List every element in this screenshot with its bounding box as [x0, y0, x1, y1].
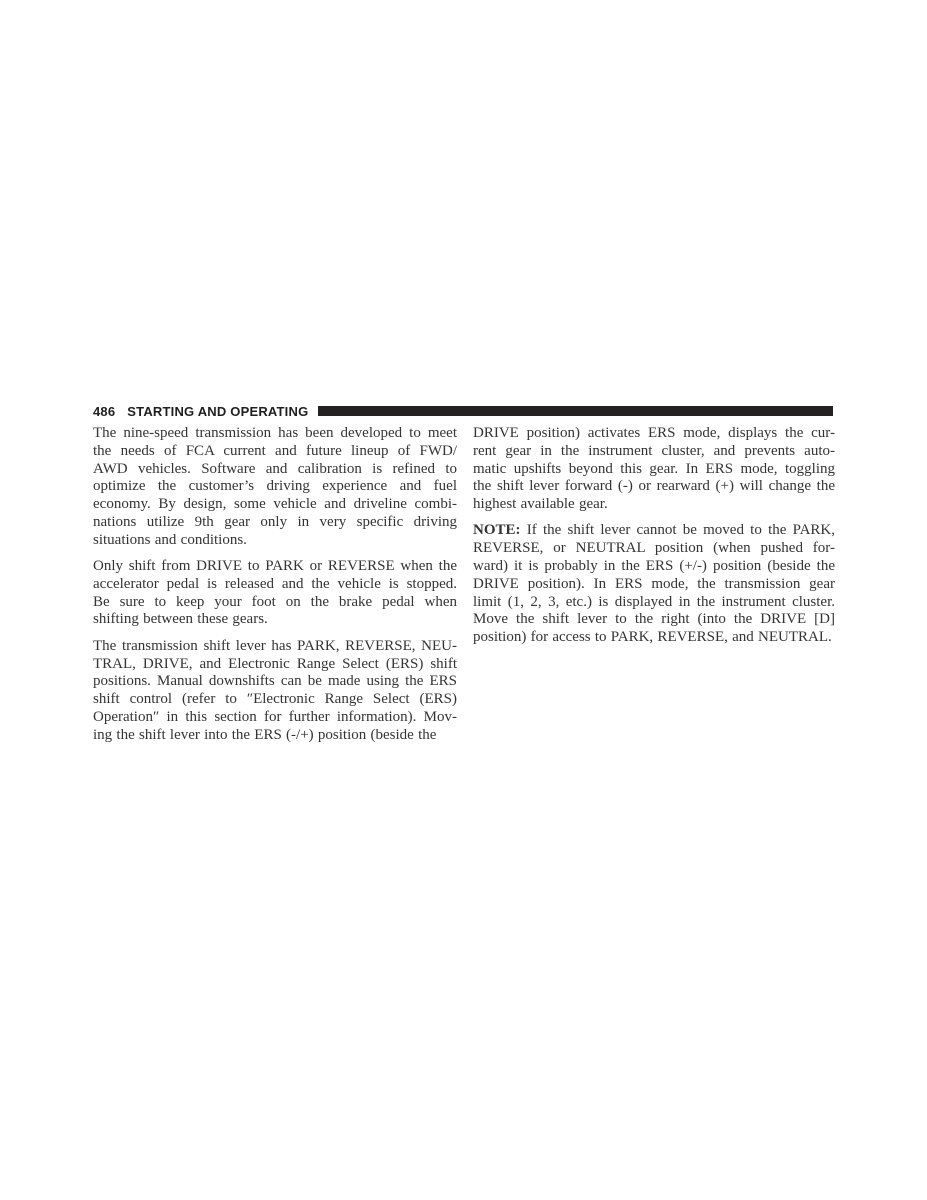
text-line: nations utilize 9th gear only in very sp…: [93, 514, 457, 532]
paragraph: DRIVE position) activates ERS mode, disp…: [473, 425, 835, 514]
text-line: shift control (refer to ″Electronic Rang…: [93, 691, 457, 709]
text-line: Be sure to keep your foot on the brake p…: [93, 594, 457, 612]
paragraph: The nine-speed transmission has been dev…: [93, 425, 457, 550]
text-line: The transmission shift lever has PARK, R…: [93, 638, 457, 656]
text-line: AWD vehicles. Software and calibration i…: [93, 461, 457, 479]
text-line: DRIVE position). In ERS mode, the transm…: [473, 576, 835, 594]
text-line: highest available gear.: [473, 496, 835, 514]
note-label: NOTE:: [473, 522, 521, 538]
text-line: NOTE: If the shift lever cannot be moved…: [473, 522, 835, 540]
text-line: accelerator pedal is released and the ve…: [93, 576, 457, 594]
text-line: REVERSE, or NEUTRAL position (when pushe…: [473, 540, 835, 558]
text-line: matic upshifts beyond this gear. In ERS …: [473, 461, 835, 479]
page-header: 486 STARTING AND OPERATING: [93, 403, 833, 419]
text-line: ing the shift lever into the ERS (-/+) p…: [93, 727, 457, 745]
text-line: the shift lever forward (-) or rearward …: [473, 478, 835, 496]
text-line: DRIVE position) activates ERS mode, disp…: [473, 425, 835, 443]
text-line: economy. By design, some vehicle and dri…: [93, 496, 457, 514]
text-line: optimize the customer’s driving experien…: [93, 478, 457, 496]
page-number: 486: [93, 404, 115, 419]
text-line: position) for access to PARK, REVERSE, a…: [473, 629, 835, 647]
text-line: shifting between these gears.: [93, 611, 457, 629]
header-rule-bar: [318, 406, 833, 416]
column-right: DRIVE position) activates ERS mode, disp…: [473, 425, 835, 745]
column-left: The nine-speed transmission has been dev…: [93, 425, 457, 745]
section-title: STARTING AND OPERATING: [127, 404, 308, 419]
text-line: limit (1, 2, 3, etc.) is displayed in th…: [473, 594, 835, 612]
paragraph: Only shift from DRIVE to PARK or REVERSE…: [93, 558, 457, 629]
text-line: ward) it is probably in the ERS (+/-) po…: [473, 558, 835, 576]
text-line: TRAL, DRIVE, and Electronic Range Select…: [93, 656, 457, 674]
text-line: rent gear in the instrument cluster, and…: [473, 443, 835, 461]
text-line: The nine-speed transmission has been dev…: [93, 425, 457, 443]
text-line: Only shift from DRIVE to PARK or REVERSE…: [93, 558, 457, 576]
paragraph: The transmission shift lever has PARK, R…: [93, 638, 457, 745]
text-line: the needs of FCA current and future line…: [93, 443, 457, 461]
text-line: Move the shift lever to the right (into …: [473, 611, 835, 629]
manual-page: 486 STARTING AND OPERATING The nine-spee…: [0, 0, 927, 1200]
text-line: Operation″ in this section for further i…: [93, 709, 457, 727]
paragraph: NOTE: If the shift lever cannot be moved…: [473, 522, 835, 647]
body-text: The nine-speed transmission has been dev…: [93, 425, 835, 745]
text-line: situations and conditions.: [93, 532, 457, 550]
text-line: positions. Manual downshifts can be made…: [93, 673, 457, 691]
